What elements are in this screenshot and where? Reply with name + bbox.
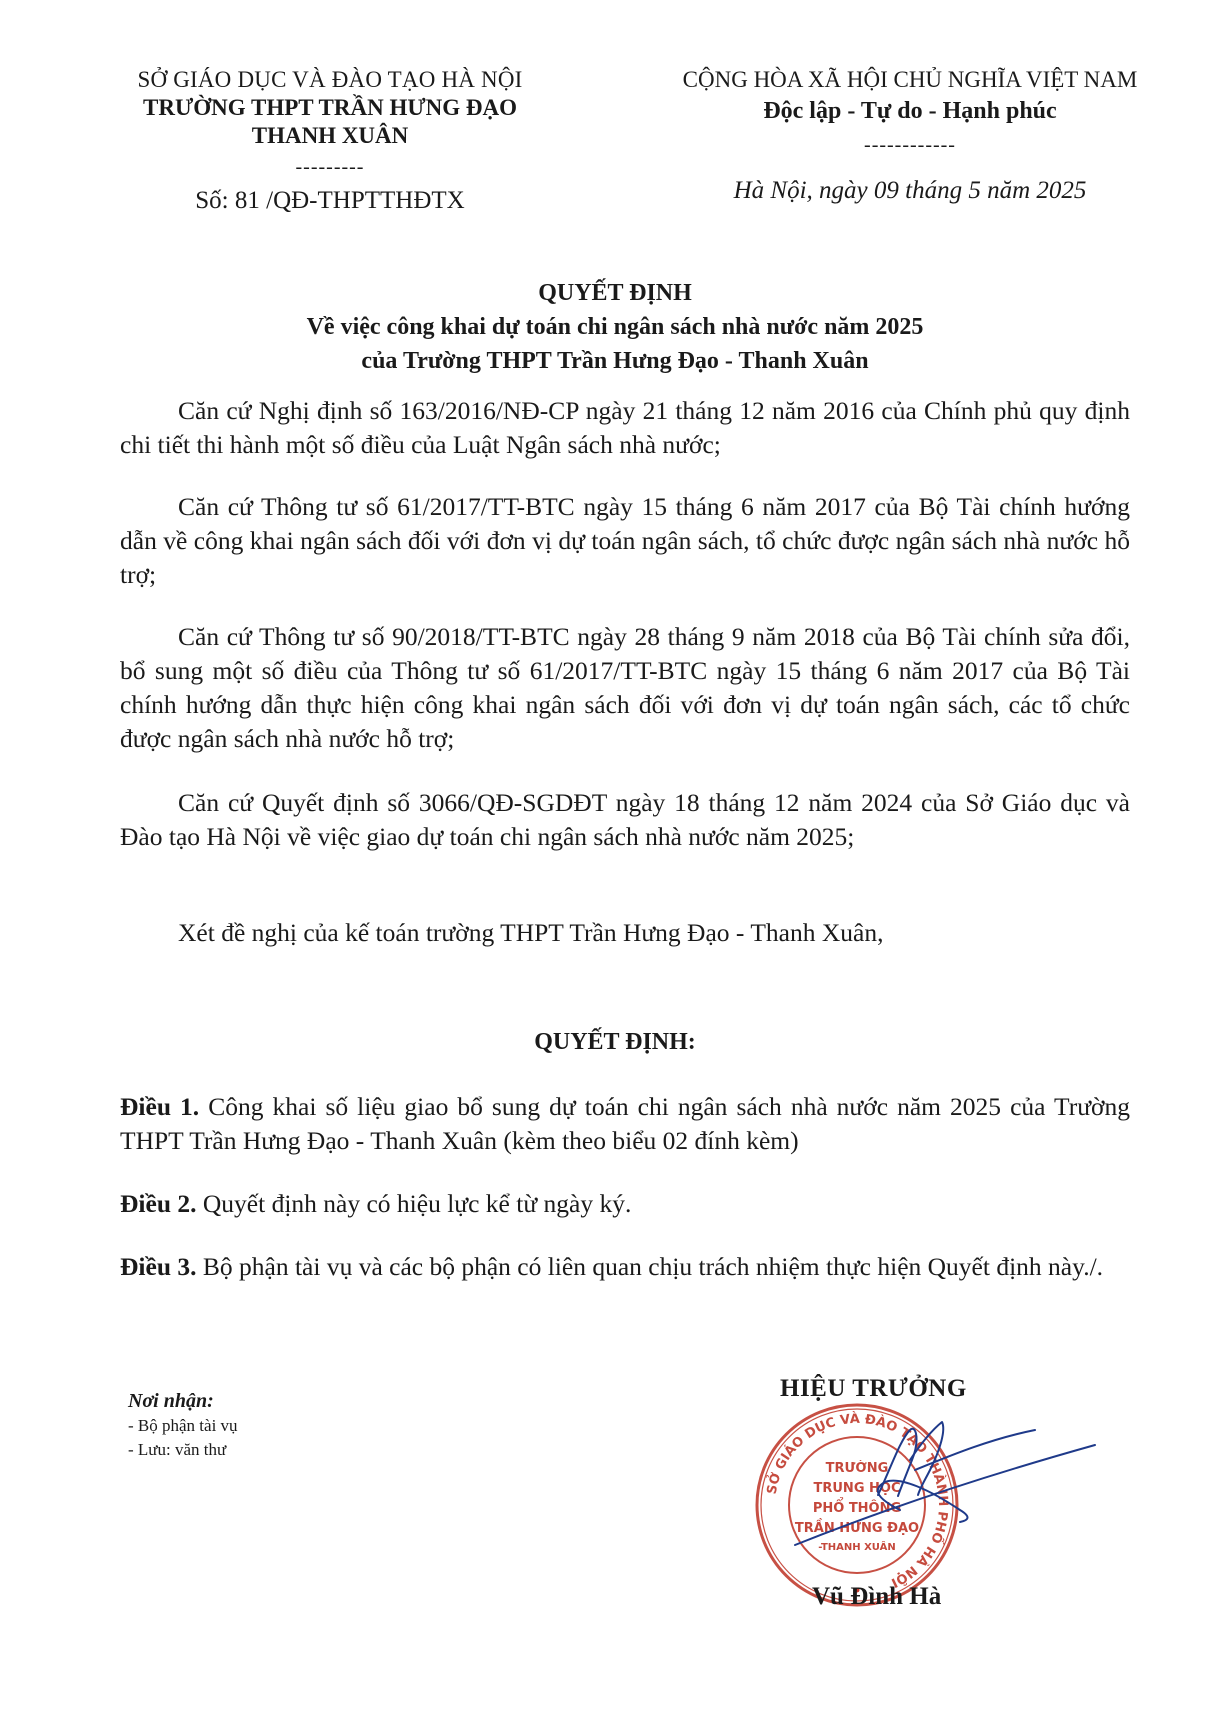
article-1: Điều 1. Công khai số liệu giao bổ sung d… [120, 1090, 1130, 1158]
recipient-item: - Lưu: văn thư [128, 1438, 238, 1462]
recipients-heading: Nơi nhận: [128, 1388, 238, 1414]
preamble-paragraph: Căn cứ Thông tư số 61/2017/TT-BTC ngày 1… [120, 490, 1130, 592]
article-label: Điều 3. [120, 1252, 197, 1281]
article-label: Điều 1. [120, 1092, 199, 1121]
separator: --------- [100, 156, 560, 178]
title-subject-line1: Về việc công khai dự toán chi ngân sách … [100, 310, 1130, 344]
article-label: Điều 2. [120, 1189, 197, 1218]
national-header-block: CỘNG HÒA XÃ HỘI CHỦ NGHĨA VIỆT NAM Độc l… [620, 66, 1200, 206]
national-motto: Độc lập - Tự do - Hạnh phúc [620, 94, 1200, 128]
decision-heading: QUYẾT ĐỊNH: [100, 1025, 1130, 1059]
title-subject-line2: của Trường THPT Trần Hưng Đạo - Thanh Xu… [100, 344, 1130, 378]
school-name-line1: TRƯỜNG THPT TRẦN HƯNG ĐẠO [100, 94, 560, 122]
separator: ------------ [620, 134, 1200, 156]
signer-name: Vũ Đình Hà [812, 1583, 941, 1611]
agency-name: SỞ GIÁO DỤC VÀ ĐÀO TẠO HÀ NỘI [100, 66, 560, 94]
article-text: Bộ phận tài vụ và các bộ phận có liên qu… [197, 1252, 1104, 1281]
school-name-line2: THANH XUÂN [100, 122, 560, 150]
document-title: QUYẾT ĐỊNH Về việc công khai dự toán chi… [100, 276, 1130, 378]
issuing-authority-block: SỞ GIÁO DỤC VÀ ĐÀO TẠO HÀ NỘI TRƯỜNG THP… [100, 66, 560, 216]
preamble-paragraph: Căn cứ Thông tư số 90/2018/TT-BTC ngày 2… [120, 620, 1130, 756]
country-name: CỘNG HÒA XÃ HỘI CHỦ NGHĨA VIỆT NAM [620, 66, 1200, 94]
preamble-paragraph: Xét đề nghị của kế toán trường THPT Trần… [120, 916, 1130, 950]
document-number: Số: 81 /QĐ-THPTTHĐTX [100, 186, 560, 216]
signer-title: HIỆU TRƯỞNG [780, 1375, 967, 1403]
handwritten-signature [770, 1400, 1100, 1600]
preamble-paragraph: Căn cứ Quyết định số 3066/QĐ-SGDĐT ngày … [120, 786, 1130, 854]
article-2: Điều 2. Quyết định này có hiệu lực kể từ… [120, 1187, 1130, 1221]
article-text: Quyết định này có hiệu lực kể từ ngày ký… [197, 1189, 632, 1218]
preamble-paragraph: Căn cứ Nghị định số 163/2016/NĐ-CP ngày … [120, 394, 1130, 462]
article-text: Công khai số liệu giao bổ sung dự toán c… [120, 1092, 1130, 1155]
recipients-block: Nơi nhận: - Bộ phận tài vụ - Lưu: văn th… [128, 1388, 238, 1462]
title-heading: QUYẾT ĐỊNH [100, 276, 1130, 310]
article-3: Điều 3. Bộ phận tài vụ và các bộ phận có… [120, 1250, 1130, 1284]
recipient-item: - Bộ phận tài vụ [128, 1414, 238, 1438]
place-and-date: Hà Nội, ngày 09 tháng 5 năm 2025 [620, 176, 1200, 206]
